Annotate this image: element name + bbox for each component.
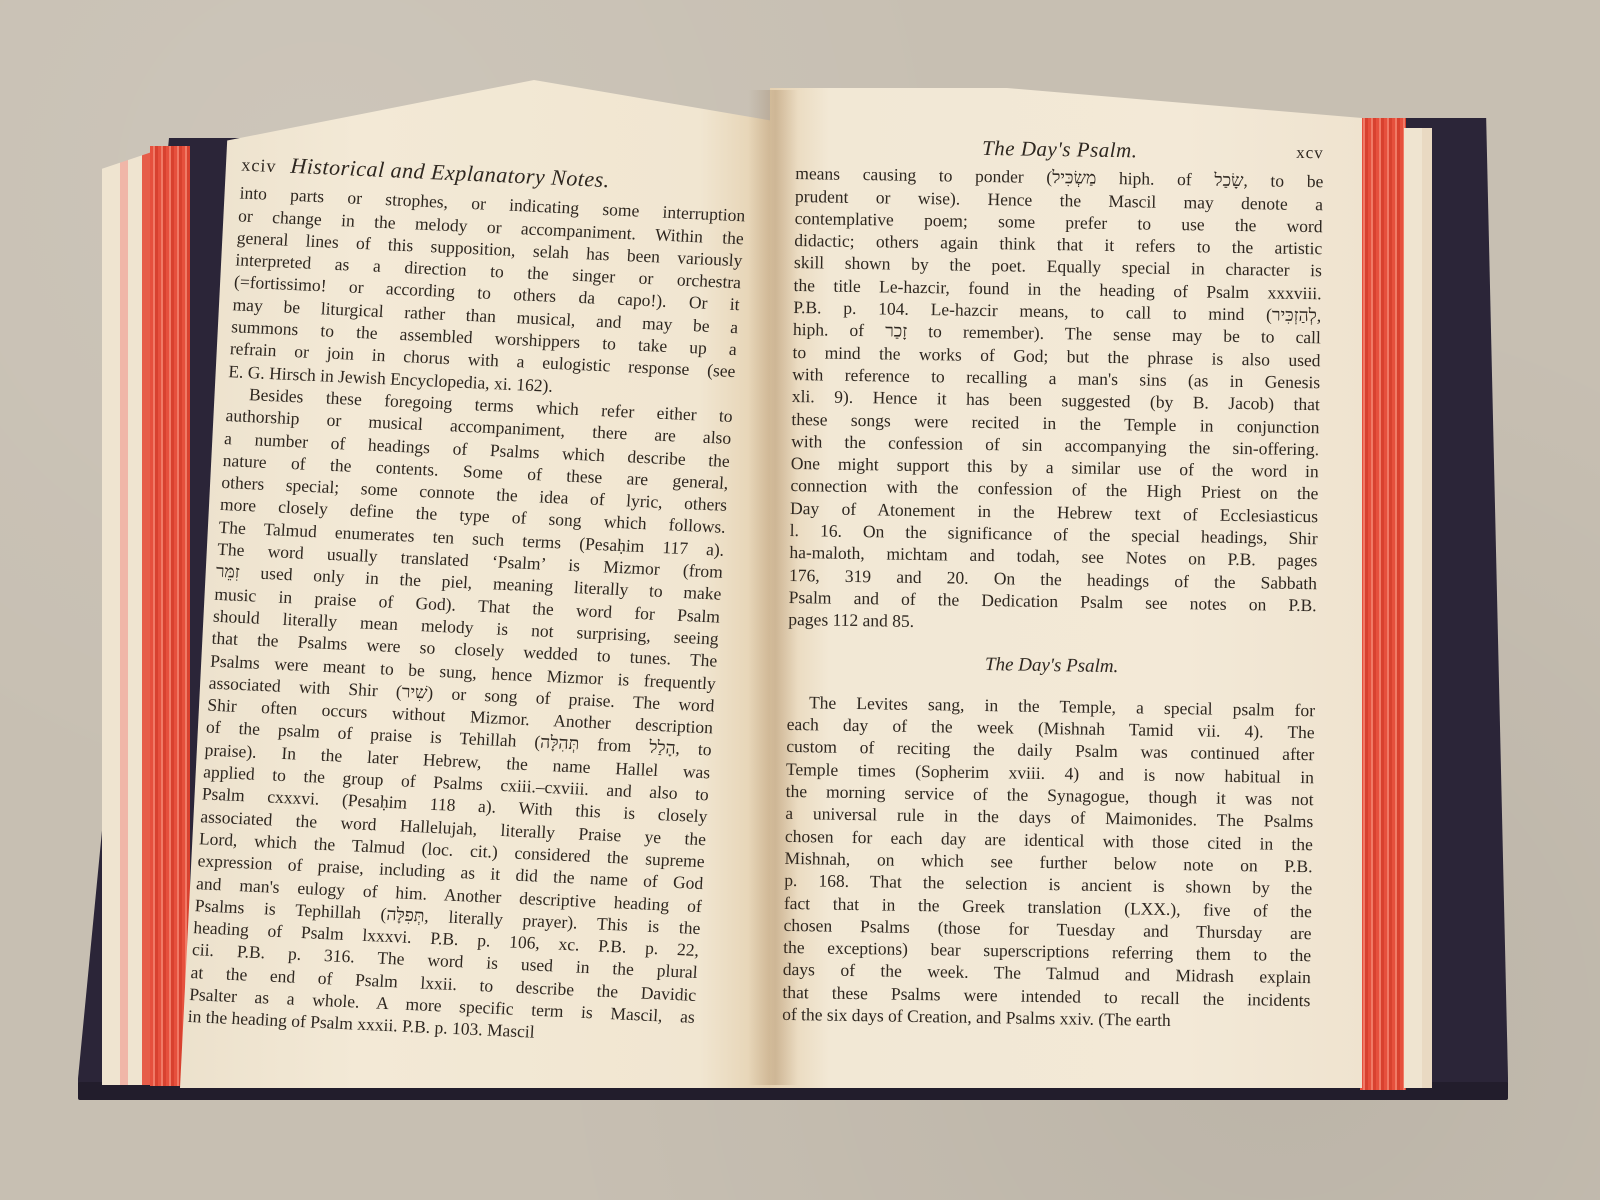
page-edges-left-red <box>150 146 190 1086</box>
page-edges-right-outer <box>1404 128 1432 1088</box>
left-body-text: into parts or strophes, or indicating so… <box>187 182 746 1051</box>
page-number: xcv <box>1296 142 1324 165</box>
page-edges-right-red <box>1360 118 1406 1090</box>
section-heading: The Day's Psalm. <box>788 650 1316 681</box>
page-number: xciv <box>241 154 277 178</box>
left-page-text: xciv Historical and Explanatory Notes. i… <box>187 153 748 1051</box>
right-body-text-top: means causing to ponder (מַשְׂכִּיל hiph… <box>788 162 1323 638</box>
right-body-text-bottom: The Levites sang, in the Temple, a speci… <box>782 691 1315 1034</box>
right-page: The Day's Psalm. xcv means causing to po… <box>770 88 1362 1088</box>
right-running-head: The Day's Psalm. xcv <box>796 134 1324 165</box>
running-title: The Day's Psalm. <box>982 137 1138 162</box>
left-page: xciv Historical and Explanatory Notes. i… <box>180 80 770 1088</box>
right-page-text: The Day's Psalm. xcv means causing to po… <box>782 134 1324 1033</box>
